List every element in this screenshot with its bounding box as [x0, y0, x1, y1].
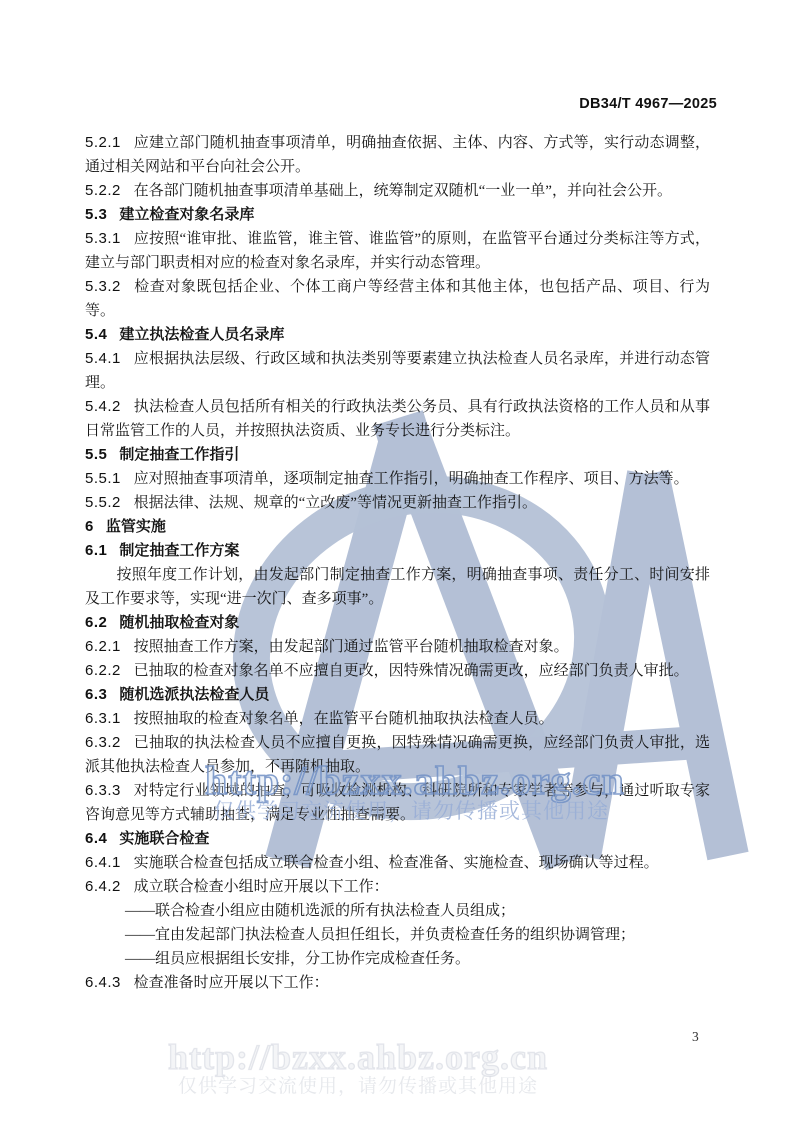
clause-text: 实施联合检查包括成立联合检查小组、检查准备、实施检查、现场确认等过程。 [134, 855, 659, 871]
clause-text: 检查准备时应开展以下工作： [134, 975, 329, 991]
doc-code: DB34/T 4967—2025 [579, 96, 717, 112]
clause-number: 5.5.2 [85, 494, 121, 511]
document-page: http://bzxx.ahbz.org.cn 仅供学习交流使用，请勿传播或其他… [0, 0, 794, 1122]
paragraph-6.1: 按照年度工作计划，由发起部门制定抽查工作方案，明确抽查事项、责任分工、时间安排及… [85, 563, 710, 611]
dash-item-text: ——联合检查小组应由随机选派的所有执法检查人员组成； [125, 903, 515, 919]
page-number: 3 [692, 1029, 699, 1045]
clause-6.2.1: 6.2.1按照抽查工作方案，由发起部门通过监管平台随机抽取检查对象。 [85, 635, 710, 659]
clause-6.4.1: 6.4.1实施联合检查包括成立联合检查小组、检查准备、实施检查、现场确认等过程。 [85, 851, 710, 875]
dash-item-1: ——联合检查小组应由随机选派的所有执法检查人员组成； [85, 899, 710, 923]
document-body: 5.2.1应建立部门随机抽查事项清单，明确抽查依据、主体、内容、方式等，实行动态… [85, 131, 710, 995]
clause-text: 在各部门随机抽查事项清单基础上，统筹制定双随机“一业一单”，并向社会公开。 [134, 183, 672, 199]
clause-text: 按照抽查工作方案，由发起部门通过监管平台随机抽取检查对象。 [134, 639, 569, 655]
clause-5.5.2: 5.5.2根据法律、法规、规章的“立改废”等情况更新抽查工作指引。 [85, 491, 710, 515]
watermark-notice-text: 仅供学习交流使用，请勿传播或其他用途 [213, 795, 609, 825]
clause-5.4.2: 5.4.2执法检查人员包括所有相关的行政执法类公务员、具有行政执法资格的工作人员… [85, 395, 710, 443]
clause-text: 成立联合检查小组时应开展以下工作： [134, 879, 389, 895]
clause-5.3.1: 5.3.1应按照“谁审批、谁监管，谁主管、谁监管”的原则，在监管平台通过分类标注… [85, 227, 710, 275]
chapter-number: 6 [85, 518, 94, 535]
clause-6.4.2: 6.4.2成立联合检查小组时应开展以下工作： [85, 875, 710, 899]
clause-text: 执法检查人员包括所有相关的行政执法类公务员、具有行政执法资格的工作人员和从事日常… [85, 399, 710, 439]
clause-5.5.1: 5.5.1应对照抽查事项清单，逐项制定抽查工作指引，明确抽查工作程序、项目、方法… [85, 467, 710, 491]
heading-6.4: 6.4实施联合检查 [85, 827, 710, 851]
chapter-6: 6监管实施 [85, 515, 710, 539]
dash-item-text: ——组员应根据组长安排，分工协作完成检查任务。 [125, 951, 470, 967]
clause-number: 6.4.2 [85, 878, 121, 895]
clause-number: 5.2.1 [85, 134, 121, 151]
clause-number: 5.2.2 [85, 182, 121, 199]
heading-5.4: 5.4建立执法检查人员名录库 [85, 323, 710, 347]
heading-6.3: 6.3随机选派执法检查人员 [85, 683, 710, 707]
heading-number: 6.4 [85, 830, 107, 847]
clause-number: 5.4.2 [85, 398, 121, 415]
dash-item-2: ——宜由发起部门执法检查人员担任组长，并负责检查任务的组织协调管理； [85, 923, 710, 947]
heading-6.1: 6.1制定抽查工作方案 [85, 539, 710, 563]
clause-5.3.2: 5.3.2检查对象既包括企业、个体工商户等经营主体和其他主体，也包括产品、项目、… [85, 275, 710, 323]
heading-text: 实施联合检查 [119, 830, 209, 847]
clause-text: 应对照抽查事项清单，逐项制定抽查工作指引，明确抽查工作程序、项目、方法等。 [134, 471, 689, 487]
clause-6.2.2: 6.2.2已抽取的检查对象名单不应擅自更改，因特殊情况确需更改，应经部门负责人审… [85, 659, 710, 683]
heading-6.2: 6.2随机抽取检查对象 [85, 611, 710, 635]
heading-5.5: 5.5制定抽查工作指引 [85, 443, 710, 467]
clause-5.2.2: 5.2.2在各部门随机抽查事项清单基础上，统筹制定双随机“一业一单”，并向社会公… [85, 179, 710, 203]
heading-number: 5.4 [85, 326, 107, 343]
clause-text: 已抽取的检查对象名单不应擅自更改，因特殊情况确需更改，应经部门负责人审批。 [134, 663, 689, 679]
heading-number: 5.3 [85, 206, 107, 223]
heading-text: 制定抽查工作指引 [119, 446, 239, 463]
clause-text: 应根据执法层级、行政区域和执法类别等要素建立执法检查人员名录库，并进行动态管理。 [85, 351, 710, 391]
clause-6.3.1: 6.3.1按照抽取的检查对象名单，在监管平台随机抽取执法检查人员。 [85, 707, 710, 731]
heading-number: 6.1 [85, 542, 107, 559]
clause-5.2.1: 5.2.1应建立部门随机抽查事项清单，明确抽查依据、主体、内容、方式等，实行动态… [85, 131, 710, 179]
clause-text: 根据法律、法规、规章的“立改废”等情况更新抽查工作指引。 [134, 495, 537, 511]
watermark-notice-text-bottom: 仅供学习交流使用，请勿传播或其他用途 [178, 1071, 538, 1098]
clause-number: 6.2.1 [85, 638, 121, 655]
chapter-text: 监管实施 [106, 518, 166, 535]
heading-text: 随机抽取检查对象 [119, 614, 239, 631]
clause-number: 5.3.2 [85, 278, 121, 295]
heading-number: 6.2 [85, 614, 107, 631]
heading-text: 随机选派执法检查人员 [119, 686, 269, 703]
clause-number: 5.5.1 [85, 470, 121, 487]
dash-item-3: ——组员应根据组长安排，分工协作完成检查任务。 [85, 947, 710, 971]
heading-5.3: 5.3建立检查对象名录库 [85, 203, 710, 227]
heading-number: 6.3 [85, 686, 107, 703]
clause-text: 按照抽取的检查对象名单，在监管平台随机抽取执法检查人员。 [134, 711, 554, 727]
clause-6.4.3: 6.4.3检查准备时应开展以下工作： [85, 971, 710, 995]
clause-number: 6.3.2 [85, 734, 121, 751]
clause-number: 6.4.3 [85, 974, 121, 991]
clause-number: 5.3.1 [85, 230, 121, 247]
dash-item-text: ——宜由发起部门执法检查人员担任组长，并负责检查任务的组织协调管理； [125, 927, 635, 943]
clause-text: 应按照“谁审批、谁监管，谁主管、谁监管”的原则，在监管平台通过分类标注等方式，建… [85, 231, 710, 271]
clause-number: 6.3.3 [85, 782, 121, 799]
clause-5.4.1: 5.4.1应根据执法层级、行政区域和执法类别等要素建立执法检查人员名录库，并进行… [85, 347, 710, 395]
heading-text: 建立执法检查人员名录库 [119, 326, 284, 343]
heading-text: 建立检查对象名录库 [119, 206, 254, 223]
heading-number: 5.5 [85, 446, 107, 463]
clause-number: 6.2.2 [85, 662, 121, 679]
clause-text: 应建立部门随机抽查事项清单，明确抽查依据、主体、内容、方式等，实行动态调整，通过… [85, 135, 710, 175]
clause-number: 6.4.1 [85, 854, 121, 871]
clause-text: 检查对象既包括企业、个体工商户等经营主体和其他主体，也包括产品、项目、行为等。 [85, 279, 710, 319]
heading-text: 制定抽查工作方案 [119, 542, 239, 559]
paragraph-text: 按照年度工作计划，由发起部门制定抽查工作方案，明确抽查事项、责任分工、时间安排及… [85, 567, 710, 607]
clause-number: 6.3.1 [85, 710, 121, 727]
clause-number: 5.4.1 [85, 350, 121, 367]
